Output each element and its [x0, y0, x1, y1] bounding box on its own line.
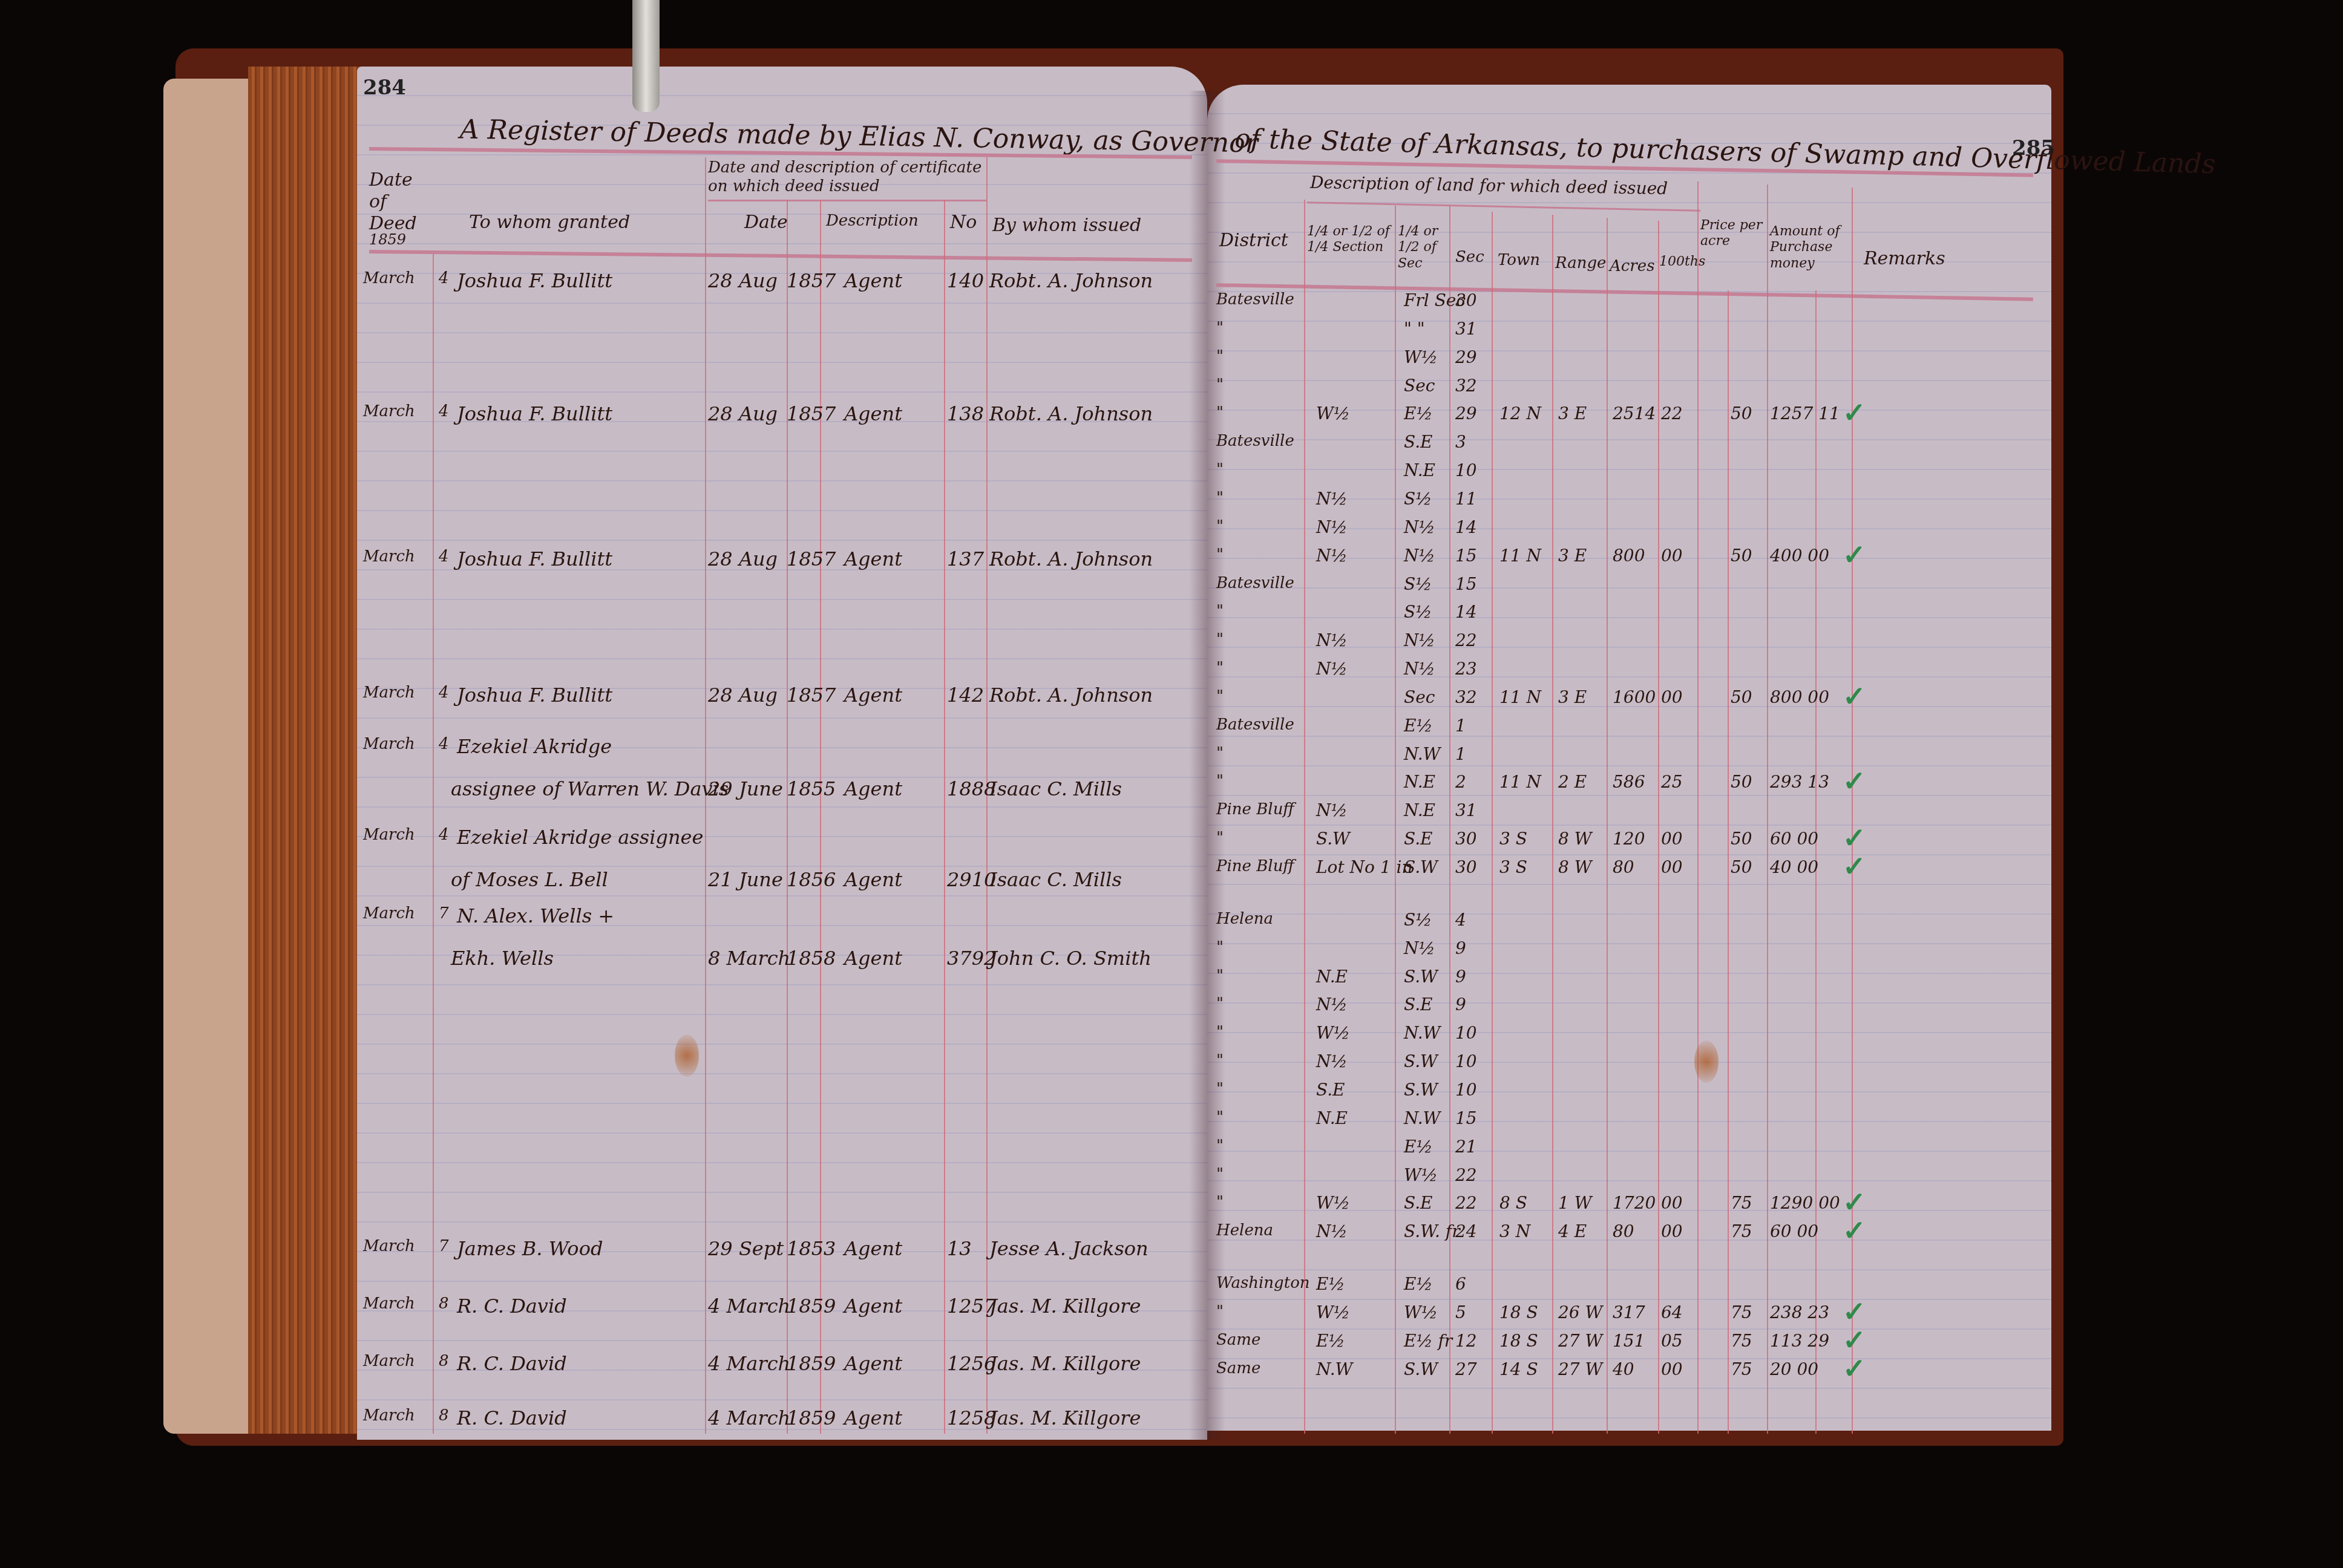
- line-price: 50: [1731, 829, 1752, 849]
- line-sec: 9: [1455, 938, 1466, 958]
- line-district: ": [1216, 995, 1224, 1013]
- hdr-to-whom-granted: To whom granted: [469, 212, 630, 234]
- entry-description: Agent: [844, 547, 902, 570]
- line-of-sec: S.W: [1404, 857, 1438, 877]
- line-district: ": [1216, 938, 1224, 956]
- line-district: Helena: [1216, 1221, 1273, 1240]
- col-rule-hundredths: [1658, 221, 1659, 1434]
- entry-grantee-line2: Ekh. Wells: [451, 947, 554, 970]
- line-sec: 10: [1455, 1023, 1477, 1043]
- line-of-sec: E½: [1404, 716, 1433, 736]
- line-quarter-section: N½: [1316, 659, 1348, 679]
- entry-cert-year: 1855: [787, 777, 836, 800]
- line-price: 75: [1731, 1331, 1752, 1351]
- line-town: 14 S: [1499, 1359, 1538, 1379]
- entry-cert-date: 28 Aug: [708, 269, 778, 292]
- line-quarter-section: N½: [1316, 546, 1348, 566]
- line-amount: 1290 00: [1770, 1193, 1840, 1213]
- line-sec: 22: [1455, 1193, 1477, 1213]
- line-range: 8 W: [1558, 857, 1592, 877]
- entry-grantee: Joshua F. Bullitt: [457, 684, 612, 707]
- hdr-quarter-section: 1/4 or 1/2 of 1/4 Section: [1307, 224, 1395, 256]
- hdr-date: Date: [744, 212, 788, 234]
- entry-day: 4: [439, 269, 449, 287]
- entry-cert-date: 4 March: [708, 1295, 790, 1318]
- line-range: 27 W: [1558, 1359, 1602, 1379]
- line-price: 50: [1731, 403, 1752, 423]
- line-district: Pine Bluff: [1216, 857, 1294, 875]
- hdr-acres: Acres: [1610, 257, 1655, 276]
- line-of-sec: N½: [1404, 546, 1435, 566]
- line-range: 27 W: [1558, 1331, 1602, 1351]
- line-district: ": [1216, 1051, 1224, 1070]
- entry-cert-date: 4 March: [708, 1352, 790, 1375]
- entry-cert-year: 1858: [787, 947, 836, 970]
- line-of-sec: Sec: [1404, 687, 1435, 707]
- line-range: 26 W: [1558, 1302, 1602, 1322]
- line-district: ": [1216, 376, 1224, 394]
- entry-cert-date: 4 March: [708, 1406, 790, 1429]
- hdr-district: District: [1219, 230, 1288, 252]
- line-sec: 1: [1455, 716, 1466, 736]
- line-sec: 14: [1455, 517, 1477, 537]
- line-amount: 293 13: [1770, 772, 1829, 792]
- line-acres: 120: [1613, 829, 1645, 849]
- entry-cert-date: 29 Sept: [708, 1237, 784, 1260]
- line-quarter-section: N½: [1316, 630, 1348, 650]
- line-quarter-section: N½: [1316, 1221, 1348, 1241]
- hdr-remarks: Remarks: [1864, 248, 1945, 270]
- entry-issued-by: Jas. M. Killgore: [989, 1352, 1141, 1375]
- hdr-town: Town: [1498, 251, 1540, 270]
- line-town: 12 N: [1499, 403, 1541, 423]
- line-quarter-section: W½: [1316, 1023, 1350, 1043]
- line-district: ": [1216, 1302, 1224, 1321]
- entry-issued-by: Robt. A. Johnson: [989, 547, 1153, 570]
- line-range: 8 W: [1558, 829, 1592, 849]
- entry-cert-no: 140: [947, 269, 984, 292]
- col-rule-acres: [1607, 218, 1608, 1434]
- entry-description: Agent: [844, 1237, 902, 1260]
- line-sec: 21: [1455, 1137, 1477, 1157]
- line-of-sec: S.E: [1404, 1193, 1433, 1213]
- entry-description: Agent: [844, 1352, 902, 1375]
- line-range: 1 W: [1558, 1193, 1592, 1213]
- line-district: Pine Bluff: [1216, 800, 1294, 818]
- line-acres: 80: [1613, 857, 1634, 877]
- line-town: 3 S: [1499, 829, 1527, 849]
- line-of-sec: Sec: [1404, 376, 1435, 396]
- entry-grantee: Ezekiel Akridge: [457, 735, 612, 758]
- line-of-sec: S.W: [1404, 1051, 1438, 1071]
- hdr-sec: Sec: [1455, 248, 1484, 267]
- entry-day: 7: [439, 1237, 449, 1255]
- line-acres: 40: [1613, 1359, 1634, 1379]
- line-quarter-section: W½: [1316, 1193, 1350, 1213]
- line-town: 11 N: [1499, 687, 1541, 707]
- entry-description: Agent: [844, 684, 902, 707]
- line-of-sec: N½: [1404, 630, 1435, 650]
- line-of-sec: S½: [1404, 574, 1432, 594]
- col-rule-price: [1697, 181, 1699, 1434]
- line-sec: 10: [1455, 460, 1477, 480]
- entry-issued-by: Isaac C. Mills: [989, 868, 1122, 891]
- entry-issued-by: Robt. A. Johnson: [989, 402, 1153, 425]
- entry-description: Agent: [844, 402, 902, 425]
- line-sec: 9: [1455, 995, 1466, 1014]
- line-of-sec: N½: [1404, 938, 1435, 958]
- line-acres: 2514: [1613, 403, 1656, 423]
- line-quarter-section: E½: [1316, 1331, 1345, 1351]
- line-district: ": [1216, 1080, 1224, 1098]
- line-quarter-section: N½: [1316, 1051, 1348, 1071]
- line-hundredths: 64: [1661, 1302, 1683, 1322]
- line-of-sec: N½: [1404, 659, 1435, 679]
- line-of-sec: N.W: [1404, 744, 1440, 764]
- col-rule-price-cents: [1728, 290, 1729, 1434]
- hdr-of-sec: 1/4 or 1/2 of Sec: [1398, 224, 1449, 272]
- checkmark-icon: ✓: [1843, 396, 1866, 429]
- line-district: ": [1216, 460, 1224, 479]
- col-rule-no: [944, 200, 945, 1434]
- line-of-sec: W½: [1404, 1165, 1438, 1185]
- line-of-sec: E½: [1404, 1274, 1433, 1294]
- line-district: ": [1216, 319, 1224, 337]
- col-rule-town: [1492, 212, 1493, 1434]
- left-page-number: 284: [363, 76, 406, 100]
- metal-bookmark-clip: [632, 0, 660, 112]
- line-sec: 10: [1455, 1051, 1477, 1071]
- line-quarter-section: S.W: [1316, 829, 1350, 849]
- line-district: Same: [1216, 1331, 1260, 1349]
- line-town: 18 S: [1499, 1302, 1538, 1322]
- line-sec: 12: [1455, 1331, 1477, 1351]
- line-town: 11 N: [1499, 772, 1541, 792]
- line-quarter-section: W½: [1316, 1302, 1350, 1322]
- col-rule-sec: [1449, 206, 1450, 1434]
- entry-month: March: [363, 1352, 415, 1370]
- entry-month: March: [363, 904, 415, 923]
- entry-description: Agent: [844, 947, 902, 970]
- line-price: 75: [1731, 1193, 1752, 1213]
- line-sec: 23: [1455, 659, 1477, 679]
- entry-cert-date: 28 Aug: [708, 684, 778, 707]
- col-rule-amount: [1767, 185, 1768, 1434]
- entry-month: March: [363, 684, 415, 702]
- line-price: 50: [1731, 772, 1752, 792]
- line-district: ": [1216, 347, 1224, 365]
- entry-month: March: [363, 1406, 415, 1425]
- line-sec: 4: [1455, 910, 1466, 930]
- line-amount: 800 00: [1770, 687, 1829, 707]
- line-sec: 32: [1455, 376, 1477, 396]
- line-district: ": [1216, 517, 1224, 535]
- entry-day: 4: [439, 547, 449, 566]
- hdr-description: Description: [826, 212, 919, 230]
- line-amount: 1257 11: [1770, 403, 1840, 423]
- line-sec: 22: [1455, 1165, 1477, 1185]
- line-acres: 1720: [1613, 1193, 1656, 1213]
- line-sec: 15: [1455, 574, 1477, 594]
- entry-issued-by: Jas. M. Killgore: [989, 1295, 1141, 1318]
- entry-grantee: Joshua F. Bullitt: [457, 269, 612, 292]
- line-town: 11 N: [1499, 546, 1541, 566]
- entry-cert-date: 29 June: [708, 777, 783, 800]
- entry-cert-year: 1859: [787, 1352, 836, 1375]
- entry-cert-no: 137: [947, 547, 984, 570]
- line-quarter-section: W½: [1316, 403, 1350, 423]
- line-town: 3 N: [1499, 1221, 1530, 1241]
- line-district: Helena: [1216, 910, 1273, 928]
- entry-issued-by: Isaac C. Mills: [989, 777, 1122, 800]
- entry-cert-year: 1857: [787, 547, 836, 570]
- entry-cert-date: 28 Aug: [708, 402, 778, 425]
- line-price: 50: [1731, 546, 1752, 566]
- line-sec: 5: [1455, 1302, 1466, 1322]
- line-sec: 6: [1455, 1274, 1466, 1294]
- line-amount: 60 00: [1770, 1221, 1818, 1241]
- line-district: ": [1216, 659, 1224, 677]
- line-sec: 15: [1455, 546, 1477, 566]
- line-price: 75: [1731, 1221, 1752, 1241]
- entry-month: March: [363, 1295, 415, 1313]
- line-hundredths: 00: [1661, 546, 1683, 566]
- rust-stain-left: [675, 1034, 699, 1077]
- line-sec: 11: [1455, 489, 1477, 509]
- entry-grantee: Joshua F. Bullitt: [457, 547, 612, 570]
- line-of-sec: N½: [1404, 517, 1435, 537]
- line-price: 75: [1731, 1302, 1752, 1322]
- entry-cert-date: 28 Aug: [708, 547, 778, 570]
- entry-month: March: [363, 269, 415, 287]
- entry-month: March: [363, 402, 415, 420]
- line-range: 2 E: [1558, 772, 1587, 792]
- line-district: Batesville: [1216, 290, 1294, 309]
- line-of-sec: E½ fr: [1404, 1331, 1452, 1351]
- checkmark-icon: ✓: [1843, 538, 1866, 571]
- line-hundredths: 00: [1661, 687, 1683, 707]
- line-acres: 800: [1613, 546, 1645, 566]
- entry-cert-year: 1859: [787, 1295, 836, 1318]
- line-district: Same: [1216, 1359, 1260, 1377]
- line-sec: 2: [1455, 772, 1466, 792]
- line-of-sec: W½: [1404, 347, 1438, 367]
- line-acres: 151: [1613, 1331, 1645, 1351]
- line-sec: 3: [1455, 432, 1466, 452]
- entry-day: 8: [439, 1352, 449, 1370]
- entry-grantee: Ezekiel Akridge assignee: [457, 826, 703, 849]
- line-price: 50: [1731, 687, 1752, 707]
- line-of-sec: E½: [1404, 1137, 1433, 1157]
- entry-description: Agent: [844, 777, 902, 800]
- line-amount: 20 00: [1770, 1359, 1818, 1379]
- line-district: ": [1216, 1108, 1224, 1126]
- line-district: ": [1216, 1165, 1224, 1183]
- line-of-sec: S.W: [1404, 1359, 1438, 1379]
- line-acres: 317: [1613, 1302, 1645, 1322]
- rust-stain-right: [1694, 1040, 1719, 1083]
- line-hundredths: 00: [1661, 1221, 1683, 1241]
- line-district: ": [1216, 687, 1224, 705]
- back-leaf: [163, 79, 254, 1434]
- entry-day: 8: [439, 1295, 449, 1313]
- line-district: ": [1216, 403, 1224, 422]
- line-of-sec: S½: [1404, 602, 1432, 622]
- entry-description: Agent: [844, 269, 902, 292]
- line-sec: 32: [1455, 687, 1477, 707]
- entry-day: 7: [439, 904, 449, 923]
- entry-grantee-line2: assignee of Warren W. Davis: [451, 777, 729, 800]
- entry-month: March: [363, 735, 415, 753]
- line-price: 75: [1731, 1359, 1752, 1379]
- entry-cert-no: 13: [947, 1237, 972, 1260]
- line-district: ": [1216, 602, 1224, 620]
- line-quarter-section: N.W: [1316, 1359, 1352, 1379]
- line-district: ": [1216, 1023, 1224, 1041]
- entry-day: 4: [439, 402, 449, 420]
- line-town: 3 S: [1499, 857, 1527, 877]
- hdr-hundredths: 100ths: [1659, 254, 1705, 270]
- entry-grantee: James B. Wood: [457, 1237, 603, 1260]
- entry-grantee: R. C. David: [457, 1352, 567, 1375]
- entry-grantee: R. C. David: [457, 1295, 567, 1318]
- line-town: 8 S: [1499, 1193, 1527, 1213]
- line-district: ": [1216, 967, 1224, 985]
- hdr-by-whom-issued: By whom issued: [992, 215, 1141, 237]
- entry-grantee: R. C. David: [457, 1406, 567, 1429]
- checkmark-icon: ✓: [1843, 850, 1866, 883]
- entry-day: 8: [439, 1406, 449, 1425]
- line-range: 3 E: [1558, 546, 1587, 566]
- line-sec: 14: [1455, 602, 1477, 622]
- line-of-sec: W½: [1404, 1302, 1438, 1322]
- line-price: 50: [1731, 857, 1752, 877]
- line-of-sec: S.E: [1404, 432, 1433, 452]
- entry-issued-by: Jesse A. Jackson: [989, 1237, 1149, 1260]
- hdr-year: 1859: [369, 231, 406, 249]
- line-of-sec: N.W: [1404, 1108, 1440, 1128]
- hdr-date-of-deed: Date of Deed: [369, 169, 430, 235]
- entry-cert-no: 138: [947, 402, 984, 425]
- hdr-amount: Amount of Purchase money: [1770, 224, 1852, 272]
- entry-cert-year: 1856: [787, 868, 836, 891]
- line-hundredths: 22: [1661, 403, 1683, 423]
- line-sec: 30: [1455, 290, 1477, 310]
- line-quarter-section: E½: [1316, 1274, 1345, 1294]
- line-of-sec: E½: [1404, 403, 1433, 423]
- entry-cert-no: 142: [947, 684, 984, 707]
- entry-grantee: N. Alex. Wells +: [457, 904, 614, 927]
- line-of-sec: N.E: [1404, 772, 1435, 792]
- line-of-sec: N.W: [1404, 1023, 1440, 1043]
- entry-day: 4: [439, 735, 449, 753]
- checkmark-icon: ✓: [1843, 765, 1866, 797]
- line-range: 4 E: [1558, 1221, 1587, 1241]
- line-range: 3 E: [1558, 403, 1587, 423]
- line-quarter-section: N½: [1316, 489, 1348, 509]
- line-acres: 1600: [1613, 687, 1656, 707]
- line-hundredths: 05: [1661, 1331, 1683, 1351]
- line-district: ": [1216, 546, 1224, 564]
- line-sec: 31: [1455, 319, 1477, 339]
- entry-issued-by: Robt. A. Johnson: [989, 269, 1153, 292]
- line-amount: 113 29: [1770, 1331, 1829, 1351]
- entry-cert-year: 1857: [787, 269, 836, 292]
- hdr-range: Range: [1555, 254, 1606, 273]
- entry-grantee: Joshua F. Bullitt: [457, 402, 612, 425]
- checkmark-icon: ✓: [1843, 1214, 1866, 1247]
- line-amount: 60 00: [1770, 829, 1818, 849]
- line-amount: 400 00: [1770, 546, 1829, 566]
- entry-grantee-line2: of Moses L. Bell: [451, 868, 608, 891]
- line-town: 18 S: [1499, 1331, 1538, 1351]
- line-hundredths: 00: [1661, 857, 1683, 877]
- line-sec: 10: [1455, 1080, 1477, 1100]
- entry-issued-by: Robt. A. Johnson: [989, 684, 1153, 707]
- line-of-sec: S½: [1404, 910, 1432, 930]
- line-quarter-section: N½: [1316, 517, 1348, 537]
- col-rule-ofsec: [1395, 206, 1396, 1434]
- line-amount: 238 23: [1770, 1302, 1829, 1322]
- entry-month: March: [363, 826, 415, 844]
- line-quarter-section: N½: [1316, 995, 1348, 1014]
- line-range: 3 E: [1558, 687, 1587, 707]
- line-sec: 1: [1455, 744, 1466, 764]
- line-of-sec: S½: [1404, 489, 1432, 509]
- entry-cert-date: 8 March: [708, 947, 790, 970]
- entry-description: Agent: [844, 1406, 902, 1429]
- line-sec: 29: [1455, 347, 1477, 367]
- hdr-no: No: [950, 212, 977, 234]
- line-quarter-section: N.E: [1316, 1108, 1348, 1128]
- entry-month: March: [363, 547, 415, 566]
- hdr-price-per-acre: Price per acre: [1700, 218, 1767, 250]
- entry-cert-year: 1853: [787, 1237, 836, 1260]
- line-sec: 27: [1455, 1359, 1477, 1379]
- line-quarter-section: N½: [1316, 800, 1348, 820]
- line-district: Batesville: [1216, 716, 1294, 734]
- line-of-sec: S.W: [1404, 967, 1438, 987]
- line-sec: 31: [1455, 800, 1477, 820]
- line-of-sec: S.E: [1404, 829, 1433, 849]
- col-rule-range: [1552, 215, 1553, 1434]
- line-district: ": [1216, 772, 1224, 790]
- line-sec: 29: [1455, 403, 1477, 423]
- entry-description: Agent: [844, 1295, 902, 1318]
- page-edges: [248, 67, 363, 1434]
- line-of-sec: S.W: [1404, 1080, 1438, 1100]
- line-of-sec: N.E: [1404, 800, 1435, 820]
- col-rule-day: [433, 254, 434, 1434]
- checkmark-icon: ✓: [1843, 1352, 1866, 1385]
- col-rule-quarter: [1304, 200, 1305, 1434]
- entry-day: 4: [439, 826, 449, 844]
- line-acres: 80: [1613, 1221, 1634, 1241]
- line-sec: 22: [1455, 630, 1477, 650]
- entry-cert-year: 1859: [787, 1406, 836, 1429]
- line-district: Washington: [1216, 1274, 1310, 1292]
- line-of-sec: N.E: [1404, 460, 1435, 480]
- entry-cert-year: 1857: [787, 402, 836, 425]
- line-quarter-section: S.E: [1316, 1080, 1345, 1100]
- line-district: ": [1216, 1137, 1224, 1155]
- entry-month: March: [363, 1237, 415, 1255]
- line-district: ": [1216, 1193, 1224, 1211]
- line-district: Batesville: [1216, 574, 1294, 592]
- entry-day: 4: [439, 684, 449, 702]
- checkmark-icon: ✓: [1843, 680, 1866, 713]
- line-hundredths: 00: [1661, 1193, 1683, 1213]
